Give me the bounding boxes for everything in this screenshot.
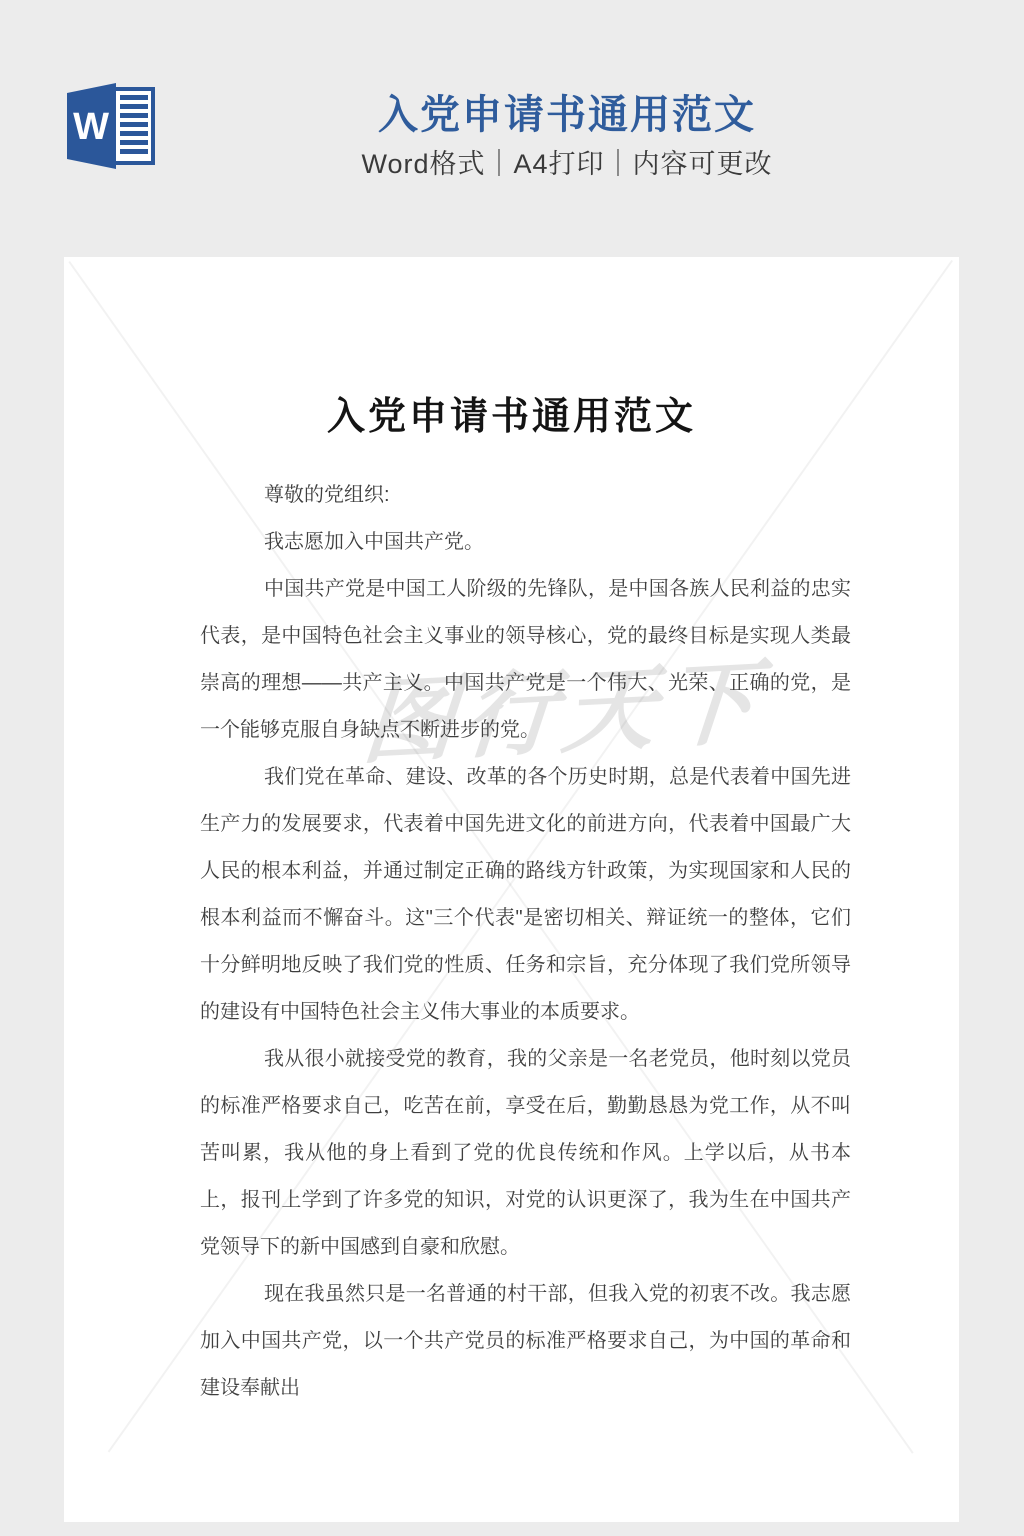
- paragraph: 我从很小就接受党的教育，我的父亲是一名老党员，他时刻以党员的标准严格要求自己，吃…: [200, 1036, 851, 1271]
- template-title: 入党申请书通用范文: [110, 92, 1024, 138]
- page-background: W 入党申请书通用范文 Word格式｜A4打印｜内容可更改 图行天下 入党申请书…: [0, 0, 1024, 1536]
- document-title: 入党申请书通用范文: [64, 395, 959, 439]
- paragraph: 我志愿加入中国共产党。: [200, 519, 851, 566]
- header-text-block: 入党申请书通用范文 Word格式｜A4打印｜内容可更改: [110, 92, 1024, 179]
- paragraph: 现在我虽然只是一名普通的村干部，但我入党的初衷不改。我志愿加入中国共产党，以一个…: [200, 1271, 851, 1412]
- document-page: 图行天下 入党申请书通用范文 尊敬的党组织: 我志愿加入中国共产党。 中国共产党…: [64, 257, 959, 1522]
- template-subtitle: Word格式｜A4打印｜内容可更改: [110, 149, 1024, 179]
- paragraph: 我们党在革命、建设、改革的各个历史时期，总是代表着中国先进生产力的发展要求，代表…: [200, 754, 851, 1036]
- document-body: 尊敬的党组织: 我志愿加入中国共产党。 中国共产党是中国工人阶级的先锋队，是中国…: [200, 472, 851, 1412]
- paragraph: 中国共产党是中国工人阶级的先锋队，是中国各族人民利益的忠实代表，是中国特色社会主…: [200, 566, 851, 754]
- paragraph-salutation: 尊敬的党组织:: [200, 472, 851, 519]
- svg-text:W: W: [73, 106, 109, 148]
